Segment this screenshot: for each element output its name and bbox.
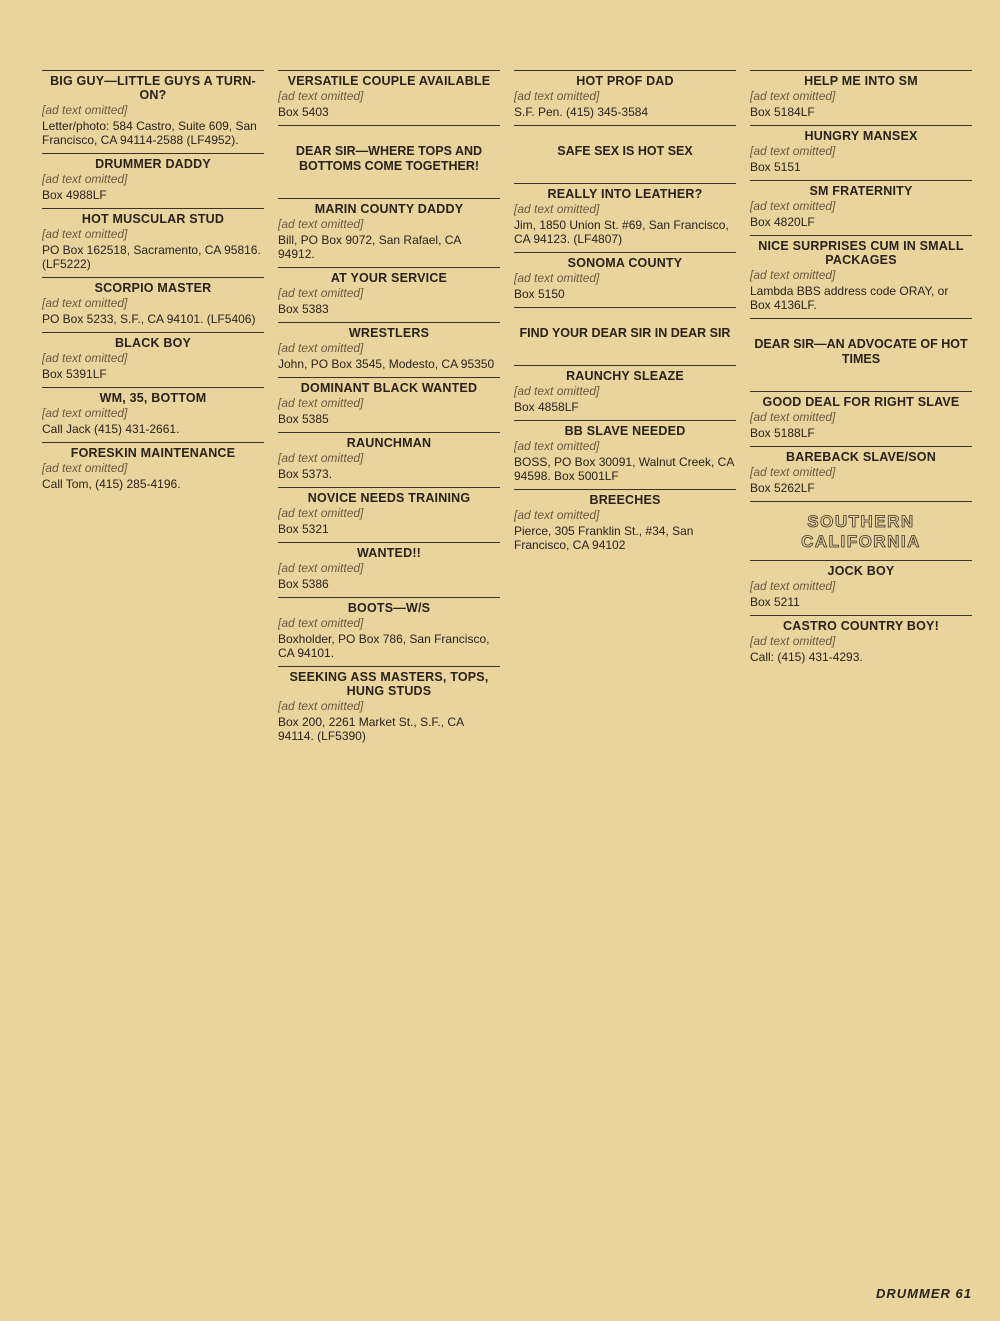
ad-contact: Box 5151 <box>750 160 972 174</box>
ad-body: [ad text omitted] <box>278 217 500 231</box>
ad-body: [ad text omitted] <box>750 579 972 593</box>
ad-heading: NOVICE NEEDS TRAINING <box>278 491 500 505</box>
ad-heading: HOT PROF DAD <box>514 74 736 88</box>
classified-ad: BIG GUY—LITTLE GUYS A TURN-ON?[ad text o… <box>42 70 264 153</box>
ad-heading: BLACK BOY <box>42 336 264 350</box>
classified-ad: MARIN COUNTY DADDY[ad text omitted]Bill,… <box>278 198 500 267</box>
ad-heading: HUNGRY MANSEX <box>750 129 972 143</box>
classified-ad: DRUMMER DADDY[ad text omitted]Box 4988LF <box>42 153 264 208</box>
classified-ad: CASTRO COUNTRY BOY![ad text omitted]Call… <box>750 615 972 670</box>
ad-heading: MARIN COUNTY DADDY <box>278 202 500 216</box>
ad-contact: Box 200, 2261 Market St., S.F., CA 94114… <box>278 715 500 743</box>
ad-heading: GOOD DEAL FOR RIGHT SLAVE <box>750 395 972 409</box>
classifieds-page: BIG GUY—LITTLE GUYS A TURN-ON?[ad text o… <box>42 70 972 1280</box>
ad-contact: Box 5211 <box>750 595 972 609</box>
ad-heading: BREECHES <box>514 493 736 507</box>
ad-body: [ad text omitted] <box>750 268 972 282</box>
ad-body: [ad text omitted] <box>278 341 500 355</box>
promo-block: FIND YOUR DEAR SIR IN DEAR SIR <box>514 307 736 365</box>
ad-body: [ad text omitted] <box>750 144 972 158</box>
classified-ad: BOOTS—W/S[ad text omitted]Boxholder, PO … <box>278 597 500 666</box>
classified-ad: BAREBACK SLAVE/SON[ad text omitted]Box 5… <box>750 446 972 501</box>
ad-body: [ad text omitted] <box>278 396 500 410</box>
classified-ad: SM FRATERNITY[ad text omitted]Box 4820LF <box>750 180 972 235</box>
ad-body: [ad text omitted] <box>42 227 264 241</box>
classified-ad: WRESTLERS[ad text omitted]John, PO Box 3… <box>278 322 500 377</box>
ad-heading: VERSATILE COUPLE AVAILABLE <box>278 74 500 88</box>
ad-contact: Call: (415) 431-4293. <box>750 650 972 664</box>
ad-contact: Boxholder, PO Box 786, San Francisco, CA… <box>278 632 500 660</box>
classified-ad: SONOMA COUNTY[ad text omitted]Box 5150 <box>514 252 736 307</box>
ad-contact: PO Box 162518, Sacramento, CA 95816. (LF… <box>42 243 264 271</box>
ad-contact: Box 4988LF <box>42 188 264 202</box>
ad-heading: SAFE SEX IS HOT SEX <box>514 144 736 159</box>
ad-heading: AT YOUR SERVICE <box>278 271 500 285</box>
ad-contact: BOSS, PO Box 30091, Walnut Creek, CA 945… <box>514 455 736 483</box>
column-4: HELP ME INTO SM[ad text omitted]Box 5184… <box>750 70 972 1280</box>
classified-ad: WM, 35, BOTTOM[ad text omitted]Call Jack… <box>42 387 264 442</box>
classified-ad: BLACK BOY[ad text omitted]Box 5391LF <box>42 332 264 387</box>
ad-body: [ad text omitted] <box>278 89 500 103</box>
classified-ad: BB SLAVE NEEDED[ad text omitted]BOSS, PO… <box>514 420 736 489</box>
ad-heading: BOOTS—W/S <box>278 601 500 615</box>
classified-ad: HOT PROF DAD[ad text omitted]S.F. Pen. (… <box>514 70 736 125</box>
ad-contact: Box 4858LF <box>514 400 736 414</box>
ad-body: [ad text omitted] <box>278 506 500 520</box>
classified-ad: FORESKIN MAINTENANCE[ad text omitted]Cal… <box>42 442 264 497</box>
ad-body: [ad text omitted] <box>514 271 736 285</box>
ad-body: [ad text omitted] <box>750 410 972 424</box>
ad-body: [ad text omitted] <box>278 561 500 575</box>
ad-heading: BB SLAVE NEEDED <box>514 424 736 438</box>
ad-heading: BAREBACK SLAVE/SON <box>750 450 972 464</box>
ad-heading: SM FRATERNITY <box>750 184 972 198</box>
promo-block: DEAR SIR—AN ADVOCATE OF HOT TIMES <box>750 318 972 391</box>
ad-contact: Box 5262LF <box>750 481 972 495</box>
classified-ad: DOMINANT BLACK WANTED[ad text omitted]Bo… <box>278 377 500 432</box>
publication-name: DRUMMER <box>876 1286 951 1301</box>
ad-contact: Lambda BBS address code ORAY, or Box 413… <box>750 284 972 312</box>
ad-heading: FIND YOUR DEAR SIR IN DEAR SIR <box>514 326 736 341</box>
classified-ad: NOVICE NEEDS TRAINING[ad text omitted]Bo… <box>278 487 500 542</box>
classified-ad: HOT MUSCULAR STUD[ad text omitted]PO Box… <box>42 208 264 277</box>
ad-contact: Box 5150 <box>514 287 736 301</box>
classified-ad: NICE SURPRISES CUM IN SMALL PACKAGES[ad … <box>750 235 972 318</box>
ad-body: [ad text omitted] <box>42 461 264 475</box>
classified-ad: SCORPIO MASTER[ad text omitted]PO Box 52… <box>42 277 264 332</box>
classified-ad: HUNGRY MANSEX[ad text omitted]Box 5151 <box>750 125 972 180</box>
ad-contact: Jim, 1850 Union St. #69, San Francisco, … <box>514 218 736 246</box>
ad-heading: SEEKING ASS MASTERS, TOPS, HUNG STUDS <box>278 670 500 698</box>
ad-body: [ad text omitted] <box>514 384 736 398</box>
promo-block: DEAR SIR—WHERE TOPS AND BOTTOMS COME TOG… <box>278 125 500 198</box>
ad-heading: NICE SURPRISES CUM IN SMALL PACKAGES <box>750 239 972 267</box>
ad-heading: HOT MUSCULAR STUD <box>42 212 264 226</box>
ad-heading: FORESKIN MAINTENANCE <box>42 446 264 460</box>
ad-body: [ad text omitted] <box>42 351 264 365</box>
ad-body: [ad text omitted] <box>514 202 736 216</box>
ad-contact: Box 5386 <box>278 577 500 591</box>
ad-heading: DOMINANT BLACK WANTED <box>278 381 500 395</box>
classified-ad: AT YOUR SERVICE[ad text omitted]Box 5383 <box>278 267 500 322</box>
classified-ad: REALLY INTO LEATHER?[ad text omitted]Jim… <box>514 183 736 252</box>
ad-contact: Call Tom, (415) 285-4196. <box>42 477 264 491</box>
ad-heading: CASTRO COUNTRY BOY! <box>750 619 972 633</box>
ad-heading: REALLY INTO LEATHER? <box>514 187 736 201</box>
ad-body: [ad text omitted] <box>514 89 736 103</box>
ad-body: [ad text omitted] <box>278 699 500 713</box>
ad-contact: Box 5391LF <box>42 367 264 381</box>
ad-heading: DRUMMER DADDY <box>42 157 264 171</box>
ad-body: [ad text omitted] <box>750 465 972 479</box>
ad-body: [ad text omitted] <box>750 634 972 648</box>
ad-body: [ad text omitted] <box>42 172 264 186</box>
classified-ad: SEEKING ASS MASTERS, TOPS, HUNG STUDS[ad… <box>278 666 500 749</box>
ad-contact: Box 4820LF <box>750 215 972 229</box>
classified-ad: VERSATILE COUPLE AVAILABLE[ad text omitt… <box>278 70 500 125</box>
ad-heading: DEAR SIR—WHERE TOPS AND BOTTOMS COME TOG… <box>278 144 500 174</box>
ad-body: [ad text omitted] <box>278 286 500 300</box>
ad-contact: John, PO Box 3545, Modesto, CA 95350 <box>278 357 500 371</box>
ad-contact: Box 5403 <box>278 105 500 119</box>
ad-contact: Pierce, 305 Franklin St., #34, San Franc… <box>514 524 736 552</box>
classified-ad: RAUNCHMAN[ad text omitted]Box 5373. <box>278 432 500 487</box>
classified-ad: HELP ME INTO SM[ad text omitted]Box 5184… <box>750 70 972 125</box>
ad-contact: PO Box 5233, S.F., CA 94101. (LF5406) <box>42 312 264 326</box>
ad-contact: Letter/photo: 584 Castro, Suite 609, San… <box>42 119 264 147</box>
ad-contact: Box 5385 <box>278 412 500 426</box>
ad-body: [ad text omitted] <box>750 89 972 103</box>
column-1: BIG GUY—LITTLE GUYS A TURN-ON?[ad text o… <box>42 70 264 1280</box>
ad-heading: HELP ME INTO SM <box>750 74 972 88</box>
ad-contact: Box 5184LF <box>750 105 972 119</box>
ad-contact: Call Jack (415) 431-2661. <box>42 422 264 436</box>
ad-body: [ad text omitted] <box>278 451 500 465</box>
ad-body: [ad text omitted] <box>42 406 264 420</box>
ad-body: [ad text omitted] <box>514 439 736 453</box>
ad-heading: WM, 35, BOTTOM <box>42 391 264 405</box>
section-banner: SOUTHERN CALIFORNIA <box>750 501 972 560</box>
ad-contact: Box 5321 <box>278 522 500 536</box>
ad-contact: Bill, PO Box 9072, San Rafael, CA 94912. <box>278 233 500 261</box>
classified-ad: RAUNCHY SLEAZE[ad text omitted]Box 4858L… <box>514 365 736 420</box>
ad-heading: DEAR SIR—AN ADVOCATE OF HOT TIMES <box>750 337 972 367</box>
ad-contact: Box 5373. <box>278 467 500 481</box>
ad-contact: Box 5383 <box>278 302 500 316</box>
ad-contact: S.F. Pen. (415) 345-3584 <box>514 105 736 119</box>
ad-heading: RAUNCHMAN <box>278 436 500 450</box>
ad-body: [ad text omitted] <box>514 508 736 522</box>
ad-body: [ad text omitted] <box>42 296 264 310</box>
classified-ad: BREECHES[ad text omitted]Pierce, 305 Fra… <box>514 489 736 558</box>
column-3: HOT PROF DAD[ad text omitted]S.F. Pen. (… <box>514 70 736 1280</box>
ad-heading: WRESTLERS <box>278 326 500 340</box>
ad-contact: Box 5188LF <box>750 426 972 440</box>
ad-heading: SONOMA COUNTY <box>514 256 736 270</box>
ad-heading: RAUNCHY SLEAZE <box>514 369 736 383</box>
classified-ad: GOOD DEAL FOR RIGHT SLAVE[ad text omitte… <box>750 391 972 446</box>
classified-ad: WANTED!![ad text omitted]Box 5386 <box>278 542 500 597</box>
ad-body: [ad text omitted] <box>278 616 500 630</box>
page-number: 61 <box>956 1286 972 1301</box>
ad-heading: WANTED!! <box>278 546 500 560</box>
ad-heading: SCORPIO MASTER <box>42 281 264 295</box>
page-folio: DRUMMER 61 <box>876 1286 972 1301</box>
classified-ad: JOCK BOY[ad text omitted]Box 5211 <box>750 560 972 615</box>
column-2: VERSATILE COUPLE AVAILABLE[ad text omitt… <box>278 70 500 1280</box>
ad-heading: JOCK BOY <box>750 564 972 578</box>
ad-heading: BIG GUY—LITTLE GUYS A TURN-ON? <box>42 74 264 102</box>
promo-block: SAFE SEX IS HOT SEX <box>514 125 736 183</box>
ad-body: [ad text omitted] <box>42 103 264 117</box>
ad-body: [ad text omitted] <box>750 199 972 213</box>
